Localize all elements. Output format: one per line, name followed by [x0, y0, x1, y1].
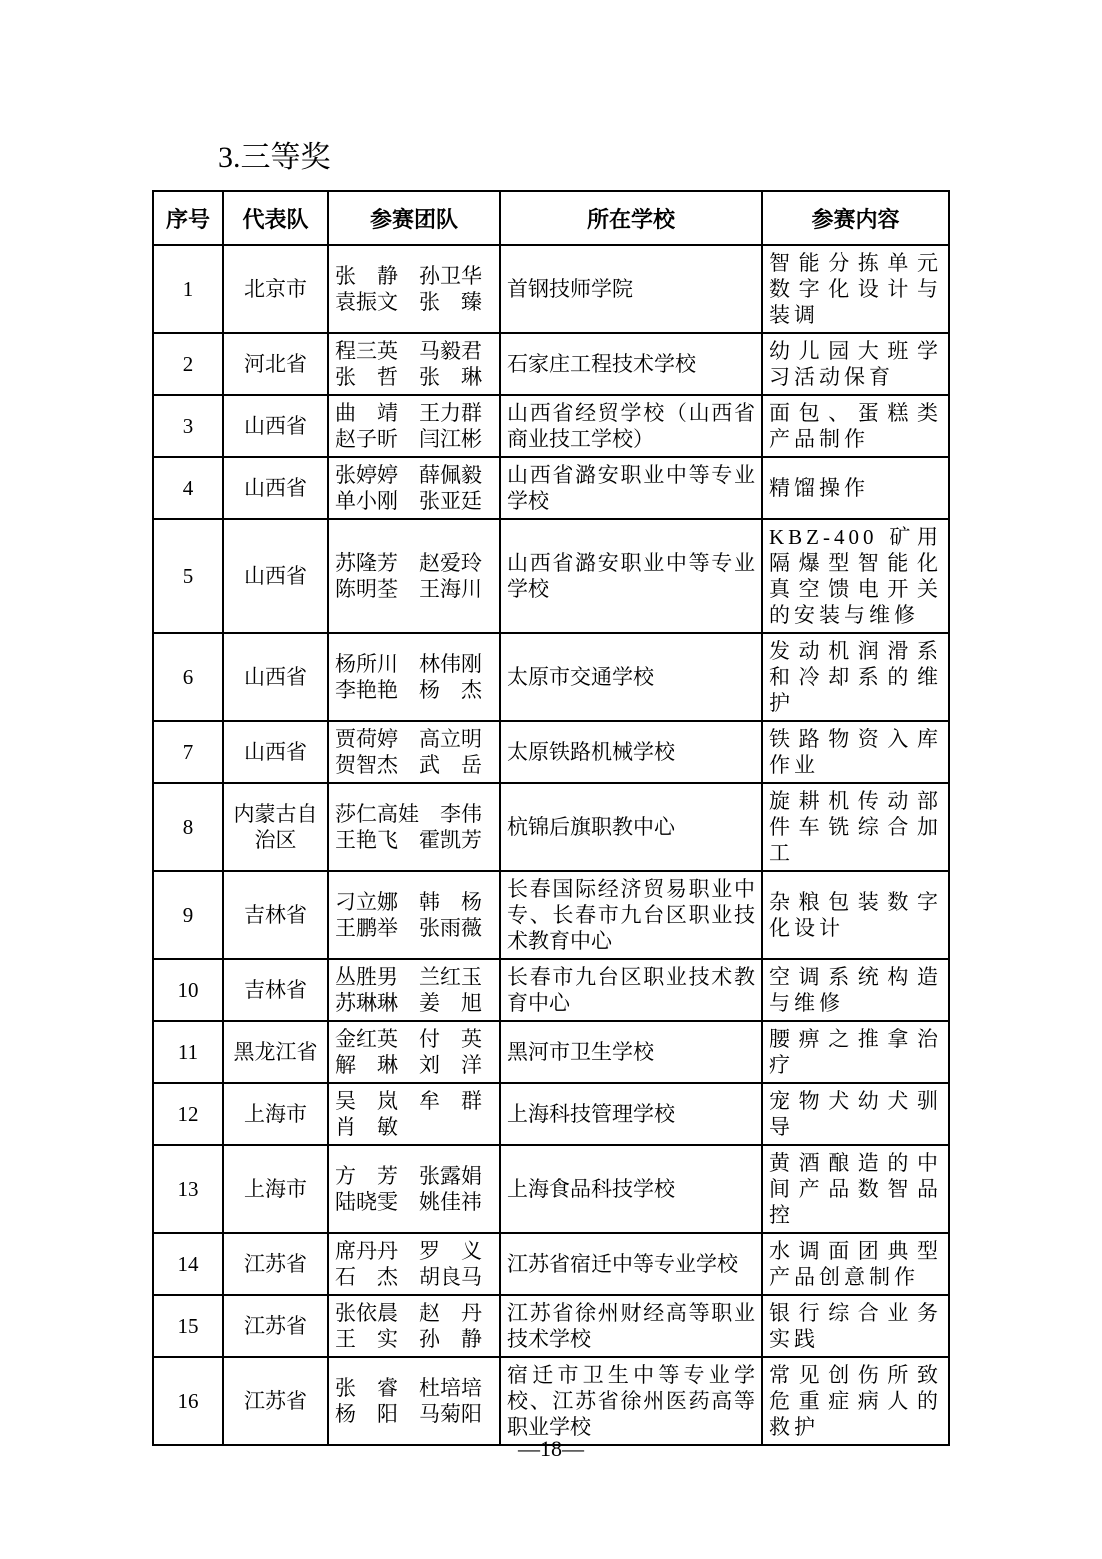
table-row: 1 北京市 张 静 孙卫华 袁振文 张 臻 首钢技师学院 智能分拣单元数字化设计… [153, 245, 949, 333]
content-cell: 银行综合业务实践 [762, 1295, 949, 1357]
school-cell: 山西省潞安职业中等专业学校 [500, 519, 762, 633]
team-members-cell: 莎仁高娃 李伟 王艳飞 霍凯芳 [328, 783, 500, 871]
table-row: 4 山西省 张婷婷 薛佩毅 单小刚 张亚廷 山西省潞安职业中等专业学校 精馏操作 [153, 457, 949, 519]
row-number-cell: 12 [153, 1083, 223, 1145]
content-cell: 空调系统构造与维修 [762, 959, 949, 1021]
team-members-cell: 贾荷婷 高立明 贺智杰 武 岳 [328, 721, 500, 783]
row-number-cell: 11 [153, 1021, 223, 1083]
school-cell: 长春国际经济贸易职业中专、长春市九台区职业技术教育中心 [500, 871, 762, 959]
column-header-school: 所在学校 [500, 191, 762, 245]
school-cell: 上海食品科技学校 [500, 1145, 762, 1233]
row-number-cell: 7 [153, 721, 223, 783]
school-cell: 上海科技管理学校 [500, 1083, 762, 1145]
school-cell: 江苏省宿迁中等专业学校 [500, 1233, 762, 1295]
delegation-cell: 山西省 [223, 633, 328, 721]
delegation-cell: 上海市 [223, 1145, 328, 1233]
column-header-team: 代表队 [223, 191, 328, 245]
content-cell: 旋耕机传动部件车铣综合加工 [762, 783, 949, 871]
row-number-cell: 8 [153, 783, 223, 871]
team-members-cell: 张 静 孙卫华 袁振文 张 臻 [328, 245, 500, 333]
school-cell: 江苏省徐州财经高等职业技术学校 [500, 1295, 762, 1357]
team-members-cell: 吴 岚 牟 群 肖 敏 [328, 1083, 500, 1145]
table-row: 11 黑龙江省 金红英 付 英 解 琳 刘 洋 黑河市卫生学校 腰痹之推拿治疗 [153, 1021, 949, 1083]
content-cell: 幼儿园大班学习活动保育 [762, 333, 949, 395]
team-members-cell: 金红英 付 英 解 琳 刘 洋 [328, 1021, 500, 1083]
table-row: 8 内蒙古自治区 莎仁高娃 李伟 王艳飞 霍凯芳 杭锦后旗职教中心 旋耕机传动部… [153, 783, 949, 871]
row-number-cell: 3 [153, 395, 223, 457]
delegation-cell: 吉林省 [223, 871, 328, 959]
delegation-cell: 江苏省 [223, 1233, 328, 1295]
team-members-cell: 曲 靖 王力群 赵子昕 闫江彬 [328, 395, 500, 457]
column-header-members: 参赛团队 [328, 191, 500, 245]
awards-table-body: 1 北京市 张 静 孙卫华 袁振文 张 臻 首钢技师学院 智能分拣单元数字化设计… [153, 245, 949, 1445]
team-members-cell: 苏隆芳 赵爱玲 陈明荃 王海川 [328, 519, 500, 633]
row-number-cell: 13 [153, 1145, 223, 1233]
column-header-content: 参赛内容 [762, 191, 949, 245]
school-cell: 山西省潞安职业中等专业学校 [500, 457, 762, 519]
school-cell: 黑河市卫生学校 [500, 1021, 762, 1083]
delegation-cell: 山西省 [223, 457, 328, 519]
content-cell: 腰痹之推拿治疗 [762, 1021, 949, 1083]
row-number-cell: 5 [153, 519, 223, 633]
table-row: 16 江苏省 张 睿 杜培培 杨 阳 马菊阳 宿迁市卫生中等专业学校、江苏省徐州… [153, 1357, 949, 1445]
school-cell: 杭锦后旗职教中心 [500, 783, 762, 871]
delegation-cell: 山西省 [223, 519, 328, 633]
team-members-cell: 杨所川 林伟刚 李艳艳 杨 杰 [328, 633, 500, 721]
delegation-cell: 北京市 [223, 245, 328, 333]
delegation-cell: 山西省 [223, 721, 328, 783]
awards-table: 序号 代表队 参赛团队 所在学校 参赛内容 1 北京市 张 静 孙卫华 袁振文 … [152, 190, 950, 1446]
table-row: 6 山西省 杨所川 林伟刚 李艳艳 杨 杰 太原市交通学校 发动机润滑系和冷却系… [153, 633, 949, 721]
team-members-cell: 张依晨 赵 丹 王 实 孙 静 [328, 1295, 500, 1357]
delegation-cell: 江苏省 [223, 1295, 328, 1357]
awards-table-header: 序号 代表队 参赛团队 所在学校 参赛内容 [153, 191, 949, 245]
content-cell: KBZ-400 矿用隔爆型智能化真空馈电开关的安装与维修 [762, 519, 949, 633]
table-row: 12 上海市 吴 岚 牟 群 肖 敏 上海科技管理学校 宠物犬幼犬驯导 [153, 1083, 949, 1145]
content-cell: 宠物犬幼犬驯导 [762, 1083, 949, 1145]
content-cell: 智能分拣单元数字化设计与装调 [762, 245, 949, 333]
header-row: 序号 代表队 参赛团队 所在学校 参赛内容 [153, 191, 949, 245]
school-cell: 首钢技师学院 [500, 245, 762, 333]
content-cell: 水调面团典型产品创意制作 [762, 1233, 949, 1295]
team-members-cell: 席丹丹 罗 义 石 杰 胡良马 [328, 1233, 500, 1295]
team-members-cell: 丛胜男 兰红玉 苏琳琳 姜 旭 [328, 959, 500, 1021]
row-number-cell: 6 [153, 633, 223, 721]
row-number-cell: 15 [153, 1295, 223, 1357]
section-title: 3.三等奖 [218, 140, 331, 176]
content-cell: 铁路物资入库作业 [762, 721, 949, 783]
delegation-cell: 黑龙江省 [223, 1021, 328, 1083]
content-cell: 常见创伤所致危重症病人的救护 [762, 1357, 949, 1445]
content-cell: 精馏操作 [762, 457, 949, 519]
delegation-cell: 上海市 [223, 1083, 328, 1145]
team-members-cell: 张婷婷 薛佩毅 单小刚 张亚廷 [328, 457, 500, 519]
row-number-cell: 16 [153, 1357, 223, 1445]
school-cell: 长春市九台区职业技术教育中心 [500, 959, 762, 1021]
row-number-cell: 14 [153, 1233, 223, 1295]
column-header-no: 序号 [153, 191, 223, 245]
team-members-cell: 张 睿 杜培培 杨 阳 马菊阳 [328, 1357, 500, 1445]
team-members-cell: 方 芳 张露娟 陆晓雯 姚佳祎 [328, 1145, 500, 1233]
school-cell: 太原铁路机械学校 [500, 721, 762, 783]
delegation-cell: 内蒙古自治区 [223, 783, 328, 871]
row-number-cell: 4 [153, 457, 223, 519]
content-cell: 面包、蛋糕类产品制作 [762, 395, 949, 457]
table-row: 5 山西省 苏隆芳 赵爱玲 陈明荃 王海川 山西省潞安职业中等专业学校 KBZ-… [153, 519, 949, 633]
school-cell: 太原市交通学校 [500, 633, 762, 721]
school-cell: 石家庄工程技术学校 [500, 333, 762, 395]
content-cell: 黄酒酿造的中间产品数智品控 [762, 1145, 949, 1233]
table-row: 3 山西省 曲 靖 王力群 赵子昕 闫江彬 山西省经贸学校（山西省商业技工学校）… [153, 395, 949, 457]
team-members-cell: 刁立娜 韩 杨 王鹏举 张雨薇 [328, 871, 500, 959]
table-row: 10 吉林省 丛胜男 兰红玉 苏琳琳 姜 旭 长春市九台区职业技术教育中心 空调… [153, 959, 949, 1021]
content-cell: 杂粮包装数字化设计 [762, 871, 949, 959]
team-members-cell: 程三英 马毅君 张 哲 张 琳 [328, 333, 500, 395]
delegation-cell: 山西省 [223, 395, 328, 457]
delegation-cell: 江苏省 [223, 1357, 328, 1445]
table-row: 14 江苏省 席丹丹 罗 义 石 杰 胡良马 江苏省宿迁中等专业学校 水调面团典… [153, 1233, 949, 1295]
delegation-cell: 河北省 [223, 333, 328, 395]
row-number-cell: 10 [153, 959, 223, 1021]
school-cell: 山西省经贸学校（山西省商业技工学校） [500, 395, 762, 457]
row-number-cell: 1 [153, 245, 223, 333]
row-number-cell: 9 [153, 871, 223, 959]
table-row: 9 吉林省 刁立娜 韩 杨 王鹏举 张雨薇 长春国际经济贸易职业中专、长春市九台… [153, 871, 949, 959]
page-number: —18— [0, 1436, 1102, 1462]
row-number-cell: 2 [153, 333, 223, 395]
table-row: 2 河北省 程三英 马毅君 张 哲 张 琳 石家庄工程技术学校 幼儿园大班学习活… [153, 333, 949, 395]
table-row: 15 江苏省 张依晨 赵 丹 王 实 孙 静 江苏省徐州财经高等职业技术学校 银… [153, 1295, 949, 1357]
delegation-cell: 吉林省 [223, 959, 328, 1021]
document-page: 3.三等奖 序号 代表队 参赛团队 所在学校 参赛内容 1 北京市 张 静 孙卫… [0, 0, 1102, 1559]
school-cell: 宿迁市卫生中等专业学校、江苏省徐州医药高等职业学校 [500, 1357, 762, 1445]
table-row: 13 上海市 方 芳 张露娟 陆晓雯 姚佳祎 上海食品科技学校 黄酒酿造的中间产… [153, 1145, 949, 1233]
table-row: 7 山西省 贾荷婷 高立明 贺智杰 武 岳 太原铁路机械学校 铁路物资入库作业 [153, 721, 949, 783]
content-cell: 发动机润滑系和冷却系的维护 [762, 633, 949, 721]
